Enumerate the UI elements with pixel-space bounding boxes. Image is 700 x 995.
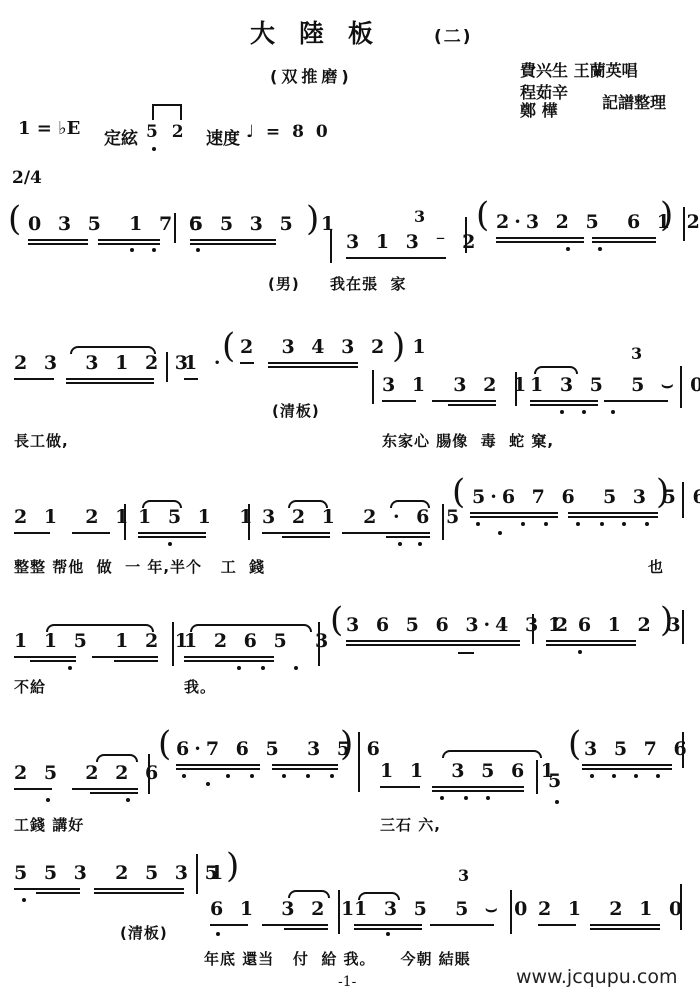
barline <box>172 622 174 666</box>
tuning-bracket <box>152 104 182 120</box>
barline <box>196 854 198 894</box>
open-paren: ( <box>8 199 21 239</box>
barline <box>515 372 517 406</box>
low-octave-dot <box>152 147 156 151</box>
barline <box>338 890 340 934</box>
lyrics-left: 工錢 講好 <box>14 814 84 835</box>
performer-label: (男) <box>268 273 300 294</box>
system-4: 1 1 5 1 2 1 1 2 6 5 3 ( 3 6 5 6 3·4 3 2 … <box>0 590 700 700</box>
song-title-part: (二) <box>434 22 473 47</box>
lyrics-mid: 三石 六, <box>380 814 441 835</box>
time-signature: 2/4 <box>12 168 42 188</box>
measure-4: 1 3 5 5 ⌣ 0 <box>354 898 532 920</box>
lyrics-end: 也 <box>648 556 664 577</box>
tempo-label: 速度 <box>206 124 240 149</box>
barline <box>682 732 684 768</box>
barline <box>536 760 538 794</box>
measure-3: 3 2 1 2 · 6 5 <box>262 506 464 528</box>
tempo-value: ♩ = 8 0 <box>246 122 331 142</box>
barline <box>174 213 176 243</box>
credits-arranged-label: 記譜整理 <box>602 94 666 112</box>
barline <box>124 504 126 540</box>
barline <box>166 352 168 382</box>
barline <box>465 217 467 253</box>
measure-5: 1 3 5 5 ⌣ 0 <box>530 374 700 396</box>
measure-1: 1 1 5 1 2 1 <box>14 630 193 652</box>
measure-1: 5 5 3 2 5 3 5 <box>14 862 223 884</box>
song-title: 大陸板 <box>250 14 397 50</box>
lyrics: 我在張 家 <box>330 273 406 294</box>
watermark: www.jcqupu.com <box>516 966 677 988</box>
measure-4: 3 1 3 2 1 <box>382 374 531 396</box>
barline <box>682 610 684 644</box>
lyrics-left: 長工做, <box>14 430 69 451</box>
system-6: 5 5 3 2 5 3 5 1 ) (清板) 6 1 3 2 1 1 3 5 5… <box>0 850 700 960</box>
tuning-notes: 5 2 <box>146 122 188 142</box>
lyrics: 整整 帮他 做 一 年,半个 工 錢 <box>14 556 265 577</box>
barline <box>248 504 250 540</box>
key-signature: 1 = ♭E <box>18 118 80 139</box>
page-number: -1- <box>338 974 356 990</box>
measure-4: 5 <box>548 770 566 792</box>
credits-arranger-1: 程茹辛 <box>520 84 568 102</box>
barline <box>510 890 512 934</box>
barline <box>683 207 685 241</box>
lyrics-mid: 我。 <box>184 676 216 697</box>
measure-1: 0 3 5 1 7 6 <box>28 213 207 235</box>
barline <box>372 370 374 404</box>
lyrics-right: 东家心 腸像 毒 蛇 窠, <box>382 430 554 451</box>
mode-label: (清板) <box>120 922 168 943</box>
measure-2: 1 · <box>184 352 225 374</box>
barline <box>680 884 682 930</box>
barline <box>532 614 534 644</box>
lyrics: 年底 還当 付 給 我。 今朝 結賬 <box>204 948 471 969</box>
measure-3: 3 1 3 ⁻ 2 <box>346 231 480 253</box>
triplet-mark: 3 <box>631 344 642 363</box>
system-1: ( 0 3 5 1 7 6 5 5 3 5 1 ) 3 1 3 ⁻ 2 3 ( … <box>0 195 700 305</box>
barline <box>330 229 332 263</box>
barline <box>682 482 684 518</box>
measure-3: 6 1 3 2 1 <box>210 898 359 920</box>
barline <box>358 732 360 792</box>
measure-3: 1 1 3 5 6 1 <box>380 760 559 782</box>
system-2: 2 3 3 1 2 3 1 · ( 2 3 4 3 2 1 ) (清板) 3 1… <box>0 322 700 452</box>
credits-singers: 費兴生 王蘭英唱 <box>520 62 638 80</box>
barline <box>148 754 150 794</box>
system-5: 2 5 2 2 6 ( 6·7 6 5 3 5 6 ) 1 1 3 5 6 1 … <box>0 720 700 830</box>
measure-3-instrumental: 3 6 5 6 3·4 3 2 <box>346 614 573 636</box>
measure-1: 2 1 2 1 <box>14 506 133 528</box>
measure-5: 2 1 2 1 0 <box>538 898 687 920</box>
tuning-label: 定絃 <box>104 124 138 149</box>
mode-label: (清板) <box>272 400 320 421</box>
system-3: 2 1 2 1 1 5 1 1 3 2 1 2 · 6 5 ( 5·6 7 6 … <box>0 470 700 580</box>
song-subtitle: (双推磨) <box>270 64 353 87</box>
triplet-mark: 3 <box>458 866 469 885</box>
barline <box>318 622 320 666</box>
measure-1: 2 5 2 2 6 <box>14 762 163 784</box>
triplet-mark: 3 <box>414 207 425 226</box>
barline <box>442 504 444 540</box>
measure-2: 1 2 6 5 3 <box>184 630 333 652</box>
lyrics-left: 不給 <box>14 676 46 697</box>
credits-arranger-2: 鄭 樺 <box>520 102 558 120</box>
measure-2-instrumental: 6·7 6 5 3 5 6 <box>176 738 385 760</box>
measure-2: 1 5 1 1 <box>138 506 257 528</box>
measure-5-instrumental: 3 5 7 6 <box>584 738 692 760</box>
barline <box>680 366 682 408</box>
